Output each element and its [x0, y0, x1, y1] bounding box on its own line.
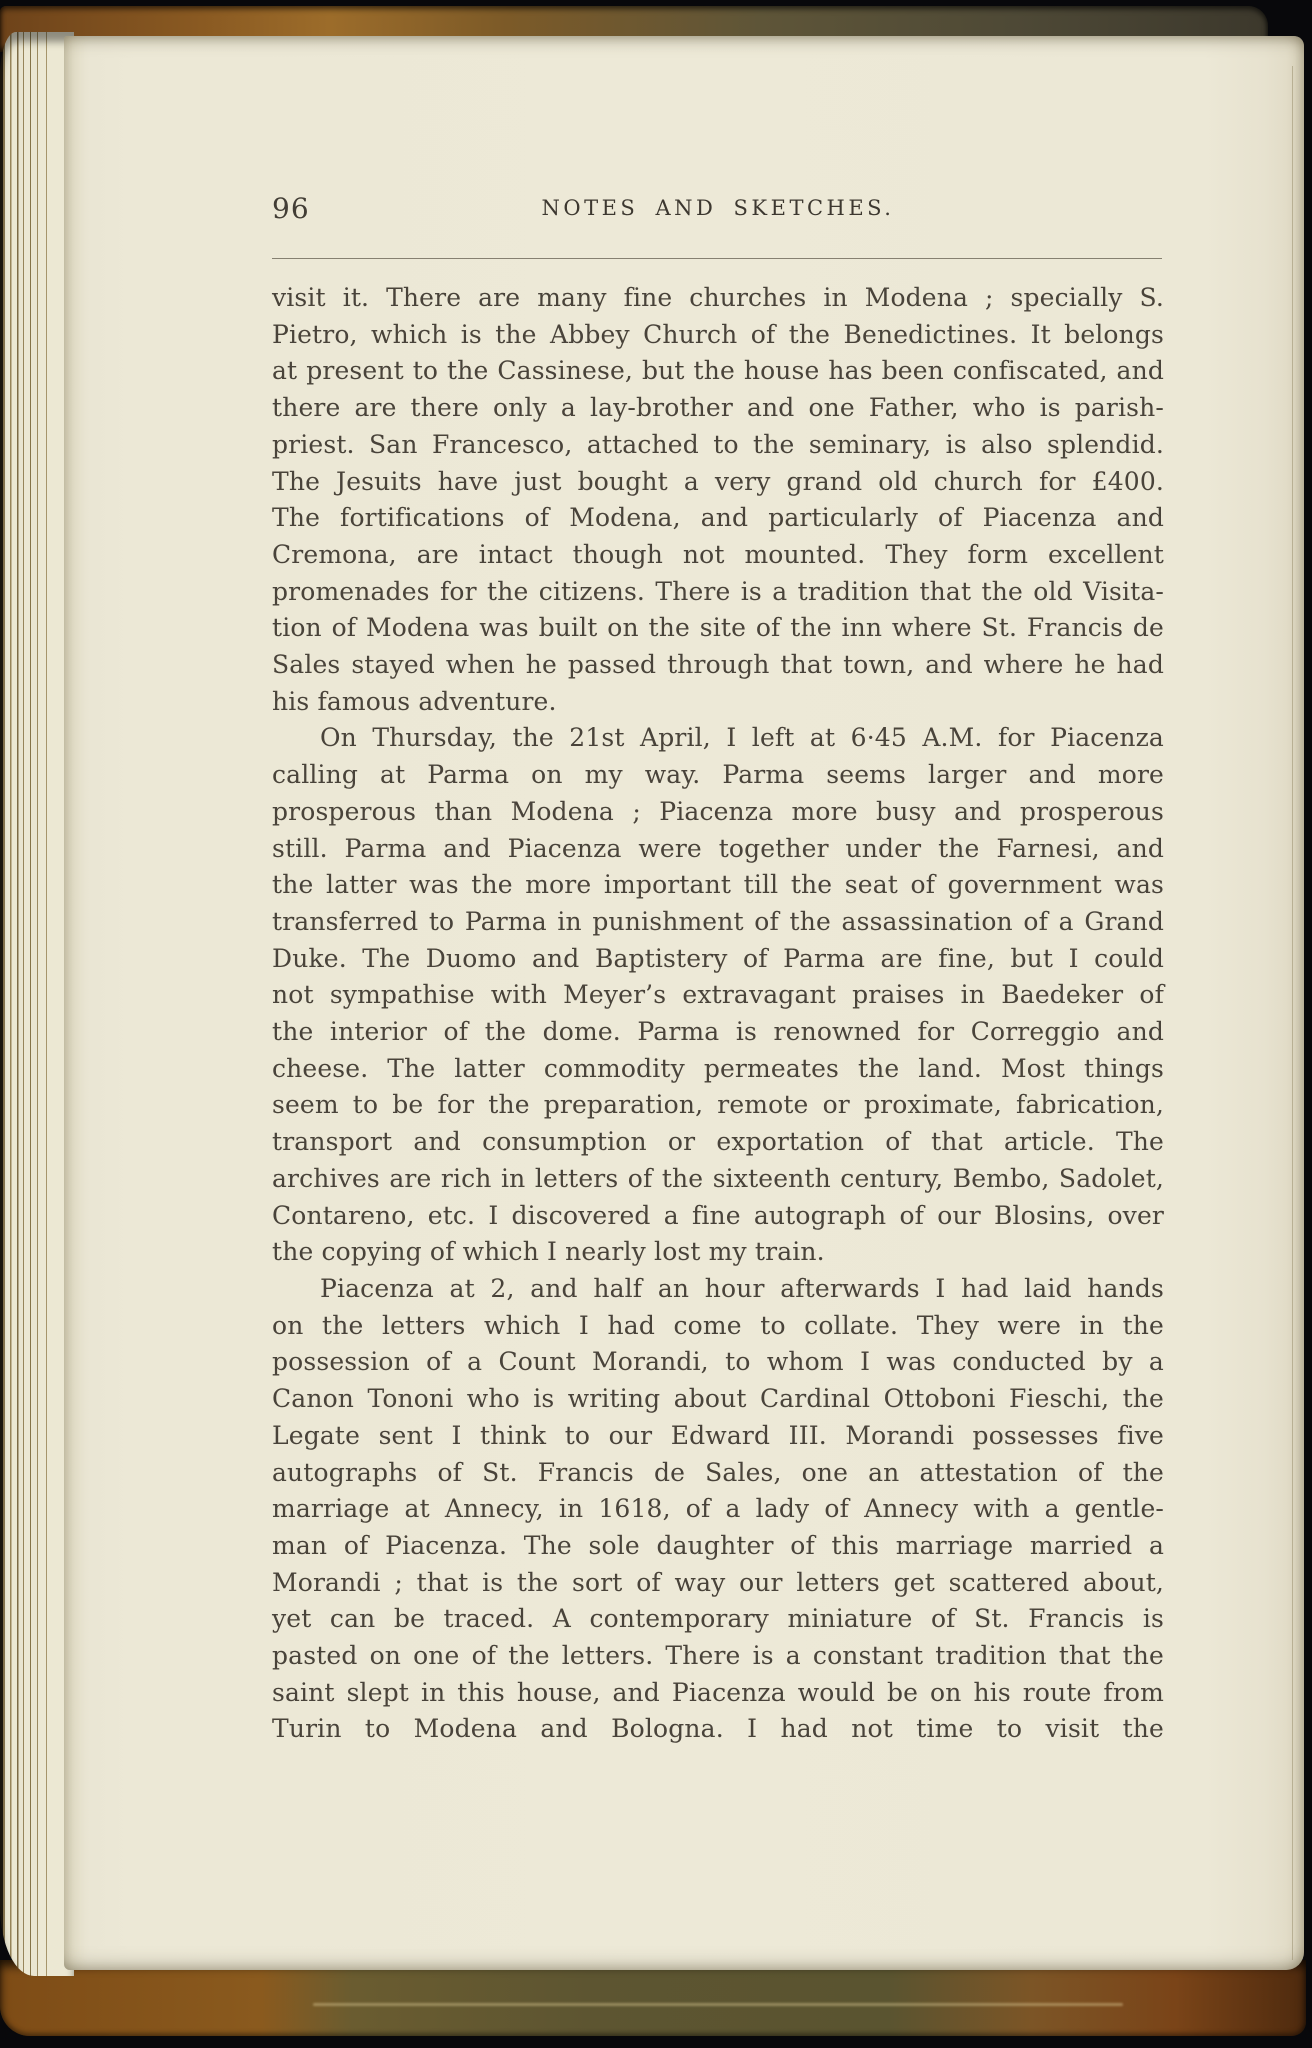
photo-backdrop: 96 NOTES AND SKETCHES. visit it. There a… [0, 0, 1312, 2048]
text-line: the copying of which I nearly lost my tr… [272, 1234, 1164, 1271]
text-line: marriage at Annecy, in 1618, of a lady o… [272, 1491, 1164, 1528]
text-line: Piacenza at 2, and half an hour afterwar… [272, 1271, 1164, 1308]
text-line: Turin to Modena and Bologna. I had not t… [272, 1711, 1164, 1748]
text-line: transferred to Parma in punishment of th… [272, 904, 1164, 941]
text-line: Pietro, which is the Abbey Church of the… [272, 317, 1164, 354]
text-line: the latter was the more important till t… [272, 867, 1164, 904]
text-line: man of Piacenza. The sole daughter of th… [272, 1528, 1164, 1565]
text-line: Legate sent I think to our Edward III. M… [272, 1418, 1164, 1455]
text-line: Canon Tononi who is writing about Cardin… [272, 1381, 1164, 1418]
text-line: priest. San Francesco, attached to the s… [272, 427, 1164, 464]
text-line: promenades for the citizens. There is a … [272, 574, 1164, 611]
text-line: on the letters which I had come to colla… [272, 1308, 1164, 1345]
text-line: pasted on one of the letters. There is a… [272, 1638, 1164, 1675]
text-line: there are there only a lay-brother and o… [272, 390, 1164, 427]
book-page: 96 NOTES AND SKETCHES. visit it. There a… [64, 36, 1304, 1970]
page-edges-stack [0, 32, 74, 1976]
text-line: yet can be traced. A contemporary miniat… [272, 1601, 1164, 1638]
text-line: Morandi ; that is the sort of way our le… [272, 1565, 1164, 1602]
text-line: archives are rich in letters of the sixt… [272, 1161, 1164, 1198]
text-line: the interior of the dome. Parma is renow… [272, 1014, 1164, 1051]
text-line: Contareno, etc. I discovered a fine auto… [272, 1198, 1164, 1235]
text-line: Sales stayed when he passed through that… [272, 647, 1164, 684]
text-line: Cremona, are intact though not mounted. … [272, 537, 1164, 574]
text-line: The fortifications of Modena, and partic… [272, 500, 1164, 537]
text-line: his famous adventure. [272, 684, 1164, 721]
page-header-row: 96 NOTES AND SKETCHES. [272, 186, 1164, 232]
text-line: Duke. The Duomo and Baptistery of Parma … [272, 941, 1164, 978]
text-line: calling at Parma on my way. Parma seems … [272, 757, 1164, 794]
text-line: On Thursday, the 21st April, I left at 6… [272, 720, 1164, 757]
text-line: saint slept in this house, and Piacenza … [272, 1675, 1164, 1712]
text-line: prosperous than Modena ; Piacenza more b… [272, 794, 1164, 831]
text-line: still. Parma and Piacenza were together … [272, 831, 1164, 868]
text-line: not sympathise with Meyer’s extravagant … [272, 977, 1164, 1014]
text-line: cheese. The latter commodity permeates t… [272, 1051, 1164, 1088]
text-line: transport and consumption or exportation… [272, 1124, 1164, 1161]
running-header: NOTES AND SKETCHES. [272, 186, 1164, 220]
text-line: seem to be for the preparation, remote o… [272, 1087, 1164, 1124]
page-body: visit it. There are many fine churches i… [272, 280, 1164, 1748]
text-line: at present to the Cassinese, but the hou… [272, 353, 1164, 390]
text-line: tion of Modena was built on the site of … [272, 610, 1164, 647]
text-line: visit it. There are many fine churches i… [272, 280, 1164, 317]
header-rule [272, 258, 1162, 259]
text-line: autographs of St. Francis de Sales, one … [272, 1455, 1164, 1492]
text-line: possession of a Count Morandi, to whom I… [272, 1344, 1164, 1381]
book-cover-bottom-edge [0, 1960, 1306, 2036]
text-line: The Jesuits have just bought a very gran… [272, 464, 1164, 501]
page-number: 96 [272, 192, 310, 225]
